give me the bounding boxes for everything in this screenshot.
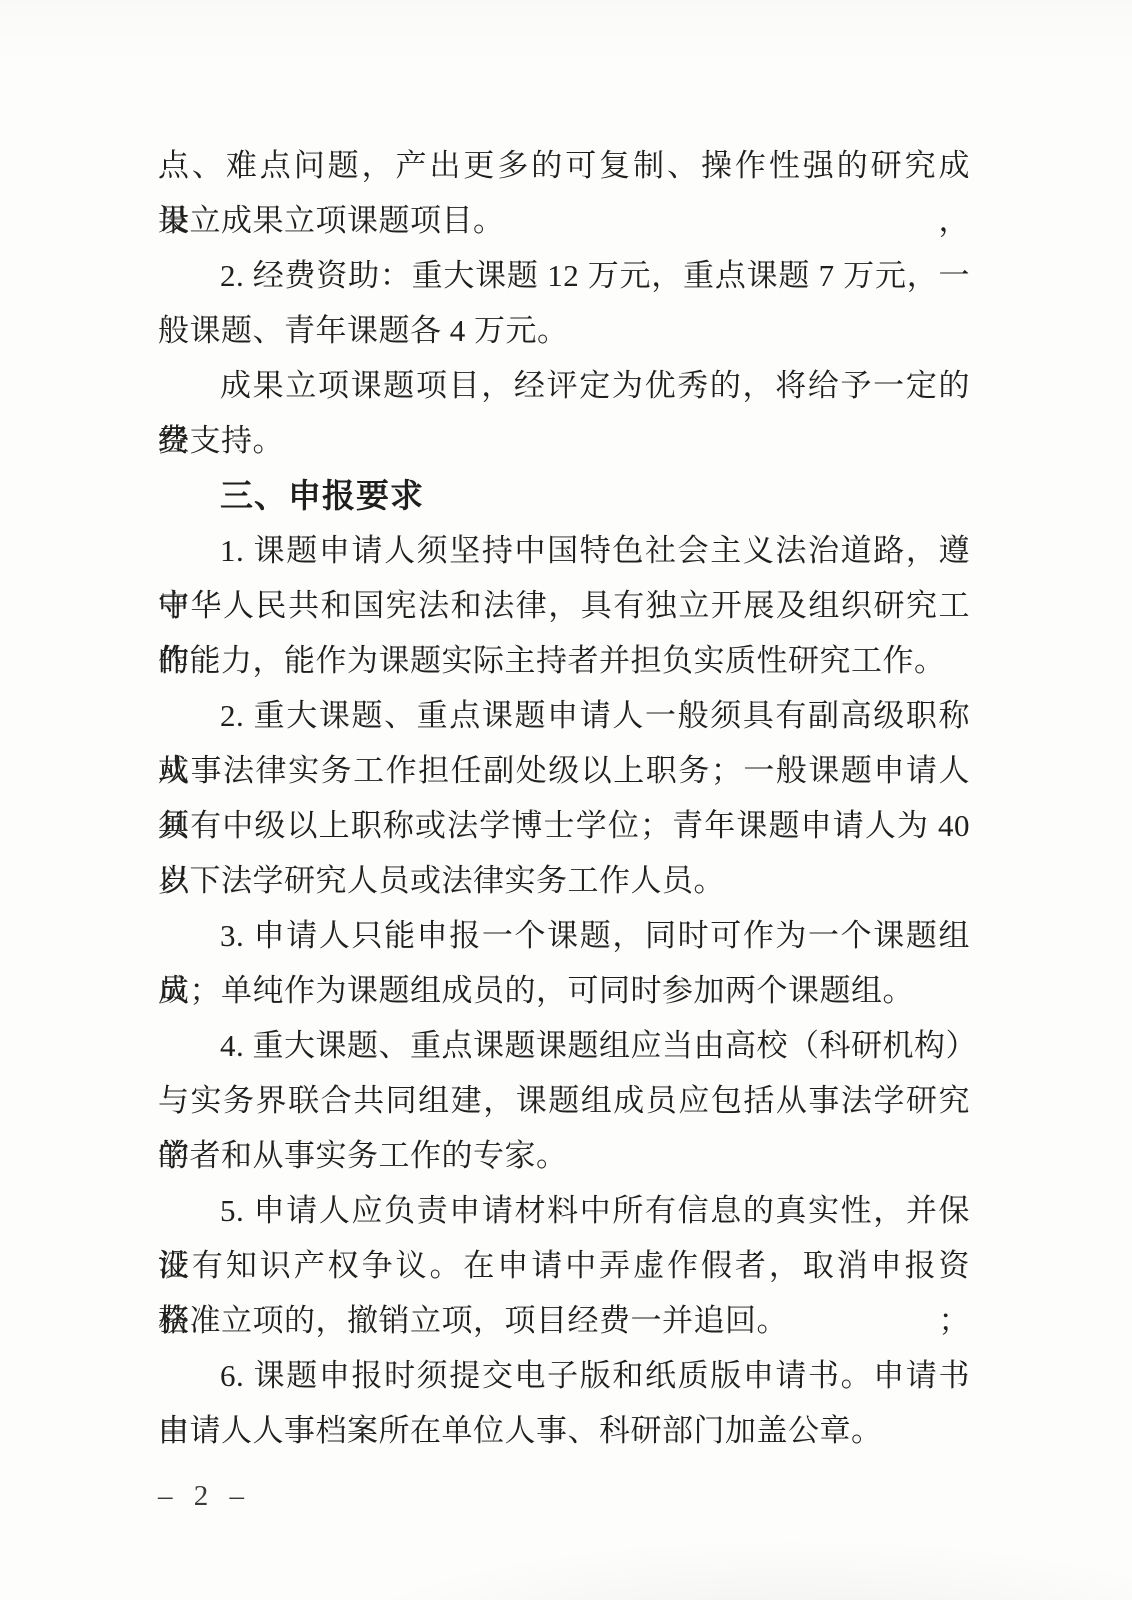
- body-line: 2. 经费资助：重大课题 12 万元，重点课题 7 万元，一: [158, 248, 970, 303]
- body-line: 费支持。: [158, 413, 970, 468]
- body-line: 没有知识产权争议。在申请中弄虚作假者，取消申报资格；: [158, 1238, 970, 1293]
- body-line: 具有中级以上职称或法学博士学位；青年课题申请人为 40 岁: [158, 798, 970, 853]
- body-line: 1. 课题申请人须坚持中国特色社会主义法治道路，遵守: [158, 523, 970, 578]
- body-line: 从事法律实务工作担任副处级以上职务；一般课题申请人须: [158, 743, 970, 798]
- body-line: 2. 重大课题、重点课题申请人一般须具有副高级职称或: [158, 688, 970, 743]
- page-number: – 2 –: [158, 1478, 251, 1514]
- body-line: 与实务界联合共同组建，课题组成员应包括从事法学研究的: [158, 1073, 970, 1128]
- body-line: 的能力，能作为课题实际主持者并担负实质性研究工作。: [158, 633, 970, 688]
- document-body: 点、难点问题，产出更多的可复制、操作性强的研究成果， 设立成果立项课题项目。 2…: [158, 138, 970, 1458]
- body-line: 学者和从事实务工作的专家。: [158, 1128, 970, 1183]
- body-line: 般课题、青年课题各 4 万元。: [158, 303, 970, 358]
- body-line: 以下法学研究人员或法律实务工作人员。: [158, 853, 970, 908]
- document-page: 点、难点问题，产出更多的可复制、操作性强的研究成果， 设立成果立项课题项目。 2…: [0, 0, 1132, 1600]
- body-line: 点、难点问题，产出更多的可复制、操作性强的研究成果，: [158, 138, 970, 193]
- section-heading: 三、申报要求: [158, 468, 970, 523]
- body-line: 员；单纯作为课题组成员的，可同时参加两个课题组。: [158, 963, 970, 1018]
- body-line: 5. 申请人应负责申请材料中所有信息的真实性，并保证: [158, 1183, 970, 1238]
- body-line: 中华人民共和国宪法和法律，具有独立开展及组织研究工作: [158, 578, 970, 633]
- body-line: 成果立项课题项目，经评定为优秀的，将给予一定的经: [158, 358, 970, 413]
- body-line: 申请人人事档案所在单位人事、科研部门加盖公章。: [158, 1403, 970, 1458]
- body-line: 3. 申请人只能申报一个课题，同时可作为一个课题组成: [158, 908, 970, 963]
- body-line: 4. 重大课题、重点课题课题组应当由高校（科研机构）: [158, 1018, 970, 1073]
- body-line: 6. 课题申报时须提交电子版和纸质版申请书。申请书由: [158, 1348, 970, 1403]
